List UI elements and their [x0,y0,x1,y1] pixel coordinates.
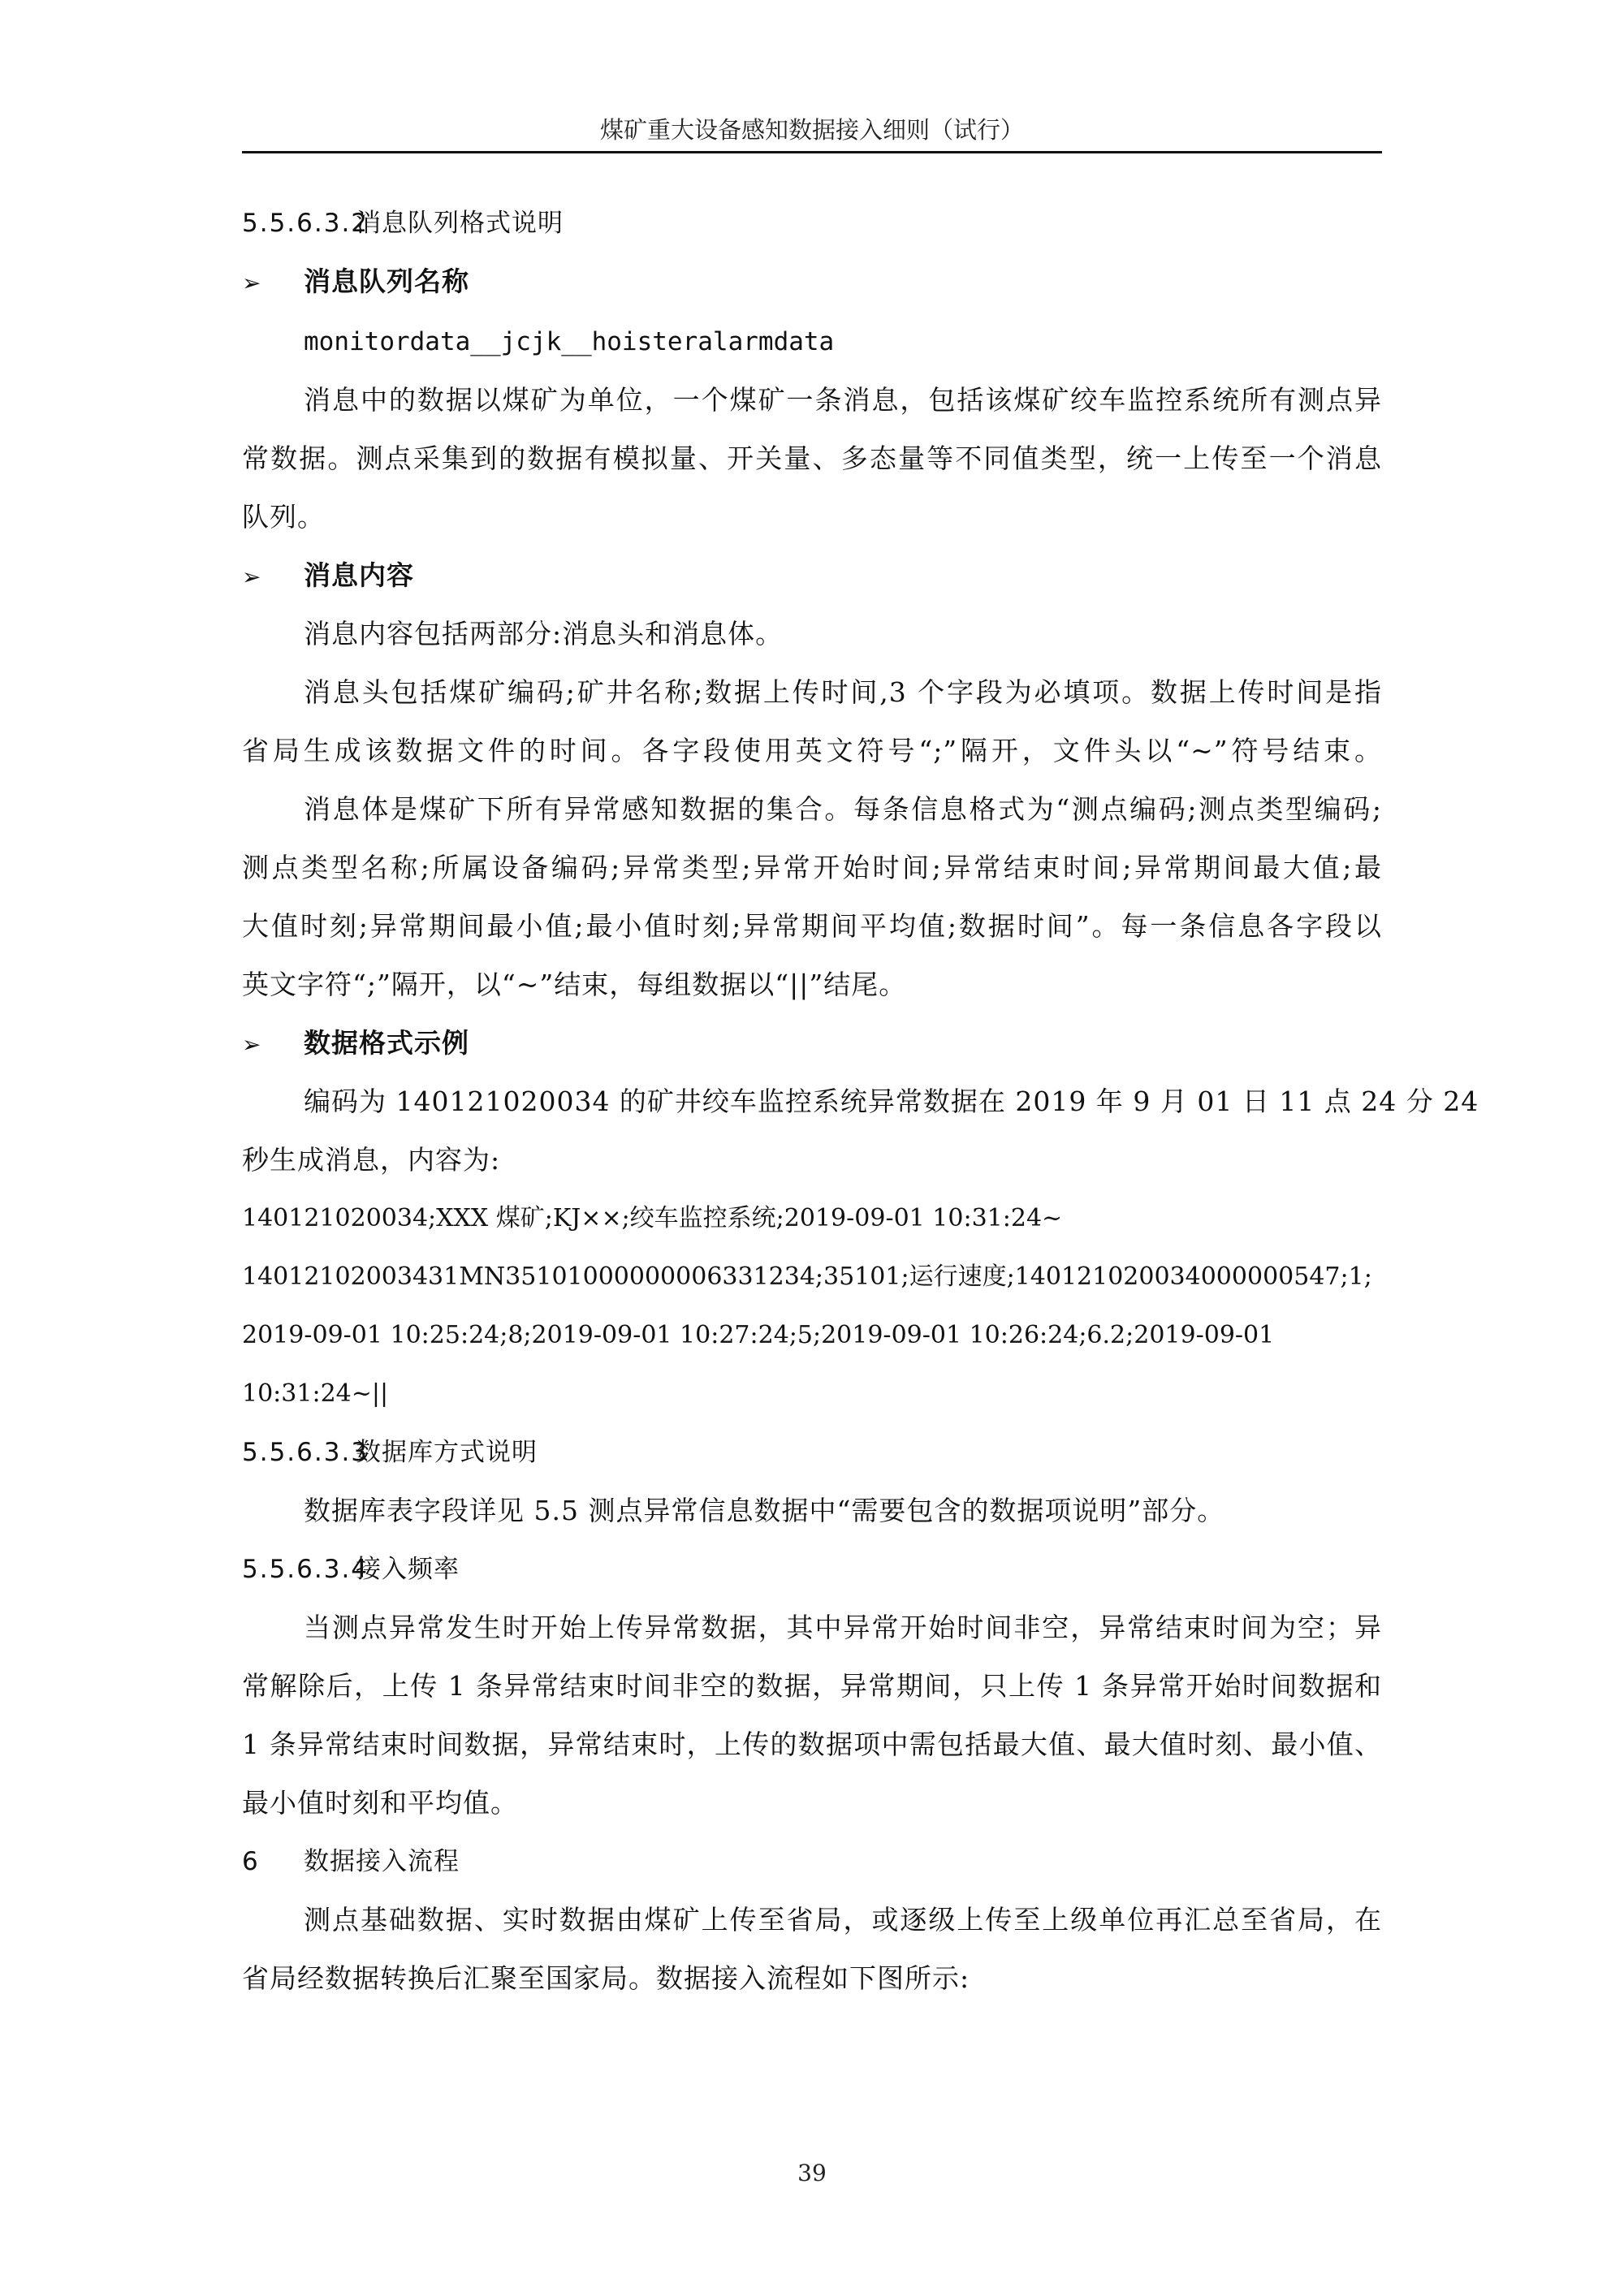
example-code-line: 140121020034;XXX 煤矿;KJ××;绞车监控系统;2019-09-… [242,1190,1382,1247]
paragraph-line: 测点类型名称;所属设备编码;异常类型;异常开始时间;异常结束时间;异常期间最大值… [242,839,1382,896]
paragraph-line: 省局经数据转换后汇聚至国家局。数据接入流程如下图所示: [242,1950,1382,2007]
example-code-line: 14012102003431MN35101000000006331234;351… [242,1249,1382,1306]
section-title: 消息队列格式说明 [356,209,564,238]
paragraph-line: 消息体是煤矿下所有异常感知数据的集合。每条信息格式为“测点编码;测点类型编码; [304,781,1382,838]
subheading-queue-name: ➢消息队列名称 [242,253,1382,310]
section-title: 数据库方式说明 [356,1438,538,1467]
queue-name-value: monitordata__jcjk__hoisteralarmdata [304,313,1382,370]
paragraph-line: 当测点异常发生时开始上传异常数据，其中异常开始时间非空，异常结束时间为空；异 [304,1599,1382,1656]
paragraph-line: 消息中的数据以煤矿为单位，一个煤矿一条消息，包括该煤矿绞车监控系统所有测点异 [304,372,1382,429]
document-page: 煤矿重大设备感知数据接入细则（试行） 5.5.6.3.2消息队列格式说明 ➢消息… [0,0,1624,2296]
section-title: 接入频率 [356,1555,460,1584]
arrow-bullet-icon: ➢ [242,549,304,606]
section-heading-5-5-6-3-3: 5.5.6.3.3数据库方式说明 [242,1424,1382,1481]
paragraph-line: 消息头包括煤矿编码;矿井名称;数据上传时间,3 个字段为必填项。数据上传时间是指 [304,664,1382,721]
section-title: 数据接入流程 [304,1847,460,1876]
example-code-line: 10:31:24~|| [242,1366,1382,1422]
arrow-bullet-icon: ➢ [242,1016,304,1073]
section-number: 5.5.6.3.3 [242,1424,356,1481]
paragraph-line: 消息内容包括两部分:消息头和消息体。 [304,606,1382,662]
paragraph-line: 测点基础数据、实时数据由煤矿上传至省局，或逐级上传至上级单位再汇总至省局，在 [304,1892,1382,1949]
page-number: 39 [0,2160,1624,2186]
section-heading-5-5-6-3-2: 5.5.6.3.2消息队列格式说明 [242,195,1382,252]
paragraph-line: 1 条异常结束时间数据，异常结束时，上传的数据项中需包括最大值、最大值时刻、最小… [242,1716,1382,1773]
paragraph-line: 常数据。测点采集到的数据有模拟量、开关量、多态量等不同值类型，统一上传至一个消息 [242,430,1382,487]
subheading-title: 消息队列名称 [304,265,469,297]
paragraph-line: 最小值时刻和平均值。 [242,1775,1382,1832]
running-header-title: 煤矿重大设备感知数据接入细则（试行） [242,114,1382,146]
subheading-title: 消息内容 [304,559,414,591]
paragraph-line: 编码为 140121020034 的矿井绞车监控系统异常数据在 2019 年 9… [304,1073,1382,1130]
example-code-line: 2019-09-01 10:25:24;8;2019-09-01 10:27:2… [242,1307,1382,1364]
arrow-bullet-icon: ➢ [242,255,304,312]
paragraph-line: 省局生成该数据文件的时间。各字段使用英文符号“;”隔开，文件头以“~”符号结束。 [242,723,1382,779]
subheading-message-content: ➢消息内容 [242,547,1382,604]
paragraph-line: 常解除后，上传 1 条异常结束时间非空的数据，异常期间，只上传 1 条异常开始时… [242,1658,1382,1715]
subheading-title: 数据格式示例 [304,1027,469,1059]
section-number: 5.5.6.3.4 [242,1541,356,1598]
paragraph-line: 大值时刻;异常期间最小值;最小值时刻;异常期间平均值;数据时间”。每一条信息各字… [242,898,1382,955]
paragraph-line: 英文字符“;”隔开，以“~”结束，每组数据以“||”结尾。 [242,956,1382,1013]
paragraph-line: 秒生成消息，内容为: [242,1132,1382,1189]
header-divider [242,151,1382,153]
section-number: 5.5.6.3.2 [242,195,356,252]
paragraph-line: 数据库表字段详见 5.5 测点异常信息数据中“需要包含的数据项说明”部分。 [304,1482,1382,1539]
paragraph-line: 队列。 [242,489,1382,546]
section-number: 6 [242,1833,304,1890]
section-heading-6: 6数据接入流程 [242,1833,1382,1890]
subheading-format-example: ➢数据格式示例 [242,1015,1382,1072]
section-heading-5-5-6-3-4: 5.5.6.3.4接入频率 [242,1541,1382,1598]
